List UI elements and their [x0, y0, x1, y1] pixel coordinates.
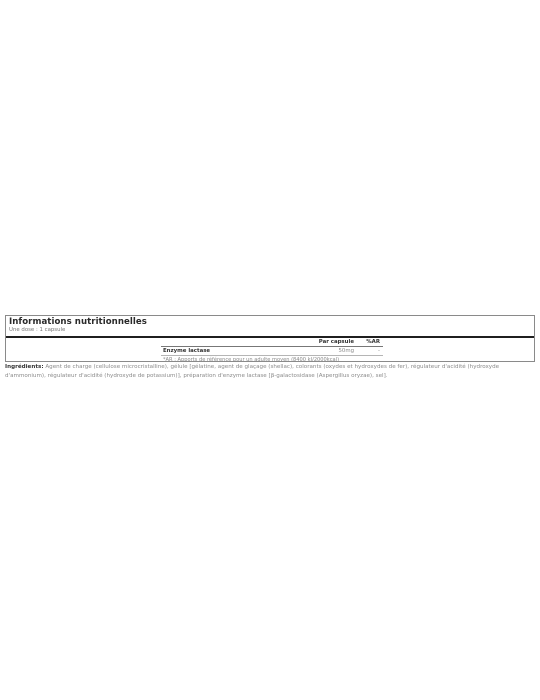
- ingredients-text: Agent de charge (cellulose microcristall…: [5, 364, 499, 379]
- nutrient-ar: -: [378, 347, 380, 355]
- table-header-row: Par capsule %AR: [161, 338, 383, 347]
- nutrient-quantity: 50mg: [338, 347, 354, 355]
- serving-size: Une dose : 1 capsule: [9, 327, 65, 333]
- ingredients-label: Ingrédients:: [5, 364, 44, 370]
- nutrient-name: Enzyme lactase: [163, 347, 210, 355]
- header-ar: %AR: [366, 338, 380, 346]
- ingredients-block: Ingrédients: Agent de charge (cellulose …: [5, 363, 535, 381]
- header-per-capsule: Par capsule: [319, 338, 354, 346]
- nutrition-panel: Informations nutritionnelles Une dose : …: [5, 315, 535, 362]
- table-row: Enzyme lactase 50mg -: [161, 347, 383, 356]
- nutrition-table: Par capsule %AR Enzyme lactase 50mg - *A…: [161, 338, 383, 364]
- panel-title: Informations nutritionnelles: [9, 317, 147, 327]
